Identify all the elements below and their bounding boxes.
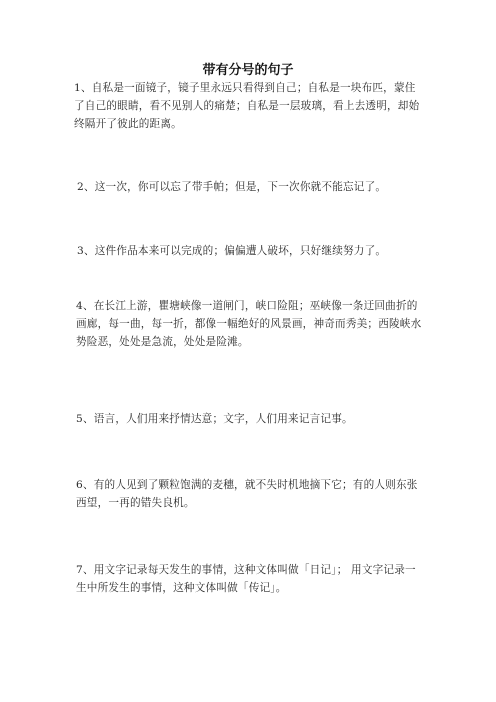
document-page: 带有分号的句子 1、自私是一面镜子，镜子里永远只看得到自己；自私是一块布匹，蒙住…: [0, 0, 496, 702]
paragraph-5: 5、语言，人们用来抒情达意；文字，人们用来记言记事。: [76, 410, 426, 428]
document-title: 带有分号的句子: [0, 63, 496, 79]
paragraph-6: 6、有的人见到了颗粒饱满的麦穗，就不失时机地摘下它；有的人则东张西望，一再的错失…: [76, 476, 426, 512]
paragraph-3: 3、这件作品本来可以完成的；偏偏遭人破坏，只好继续努力了。: [77, 242, 427, 260]
paragraph-7: 7、用文字记录每天发生的事情，这种文体叫做「日记」； 用文字记录一生中所发生的事…: [76, 561, 426, 597]
paragraph-4: 4、在长江上游，瞿塘峡像一道闸门，峡口险阻；巫峡像一条迂回曲折的画廊，每一曲，每…: [76, 297, 426, 351]
paragraph-1: 1、自私是一面镜子，镜子里永远只看得到自己；自私是一块布匹，蒙住了自己的眼睛，看…: [74, 79, 424, 133]
paragraph-2: 2、这一次，你可以忘了带手帕；但是，下一次你就不能忘记了。: [77, 178, 427, 196]
